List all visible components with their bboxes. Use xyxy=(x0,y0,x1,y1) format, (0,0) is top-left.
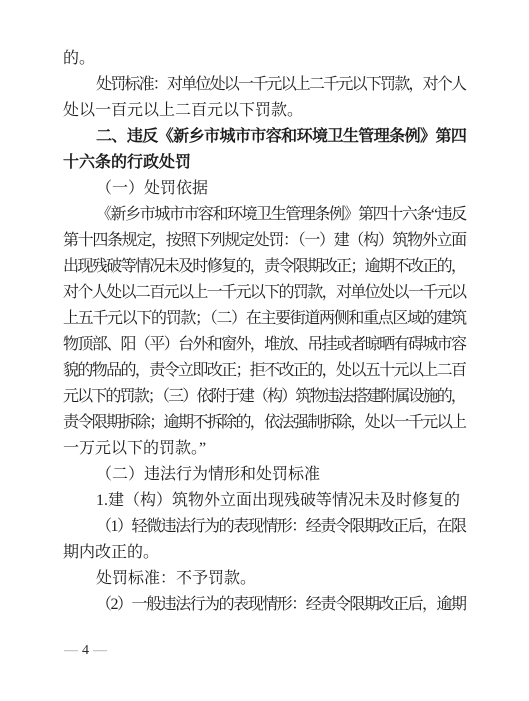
line-text: 物顶部、阳（平）台外和窗外，堆放、吊挂或者晾晒有碍城市容 xyxy=(63,336,465,353)
line-text: 元以下的罚款；（三）依附于建（构）筑物违法搭建附属设施的， xyxy=(63,388,465,405)
line-text: （2）一般违法行为的表现情形：经责令限期改正后，逾期 xyxy=(96,596,466,613)
body-text-line: 貌的物品的，责令立即改正；拒不改正的，处以五十元以上二百 xyxy=(63,358,467,384)
body-text-line: 元以下的罚款；（三）依附于建（构）筑物违法搭建附属设施的， xyxy=(63,384,467,410)
line-text: （二）违法行为情形和处罚标准 xyxy=(96,466,320,483)
line-text: 期内改正的。 xyxy=(63,544,159,561)
line-text: 上五千元以下的罚款；（二）在主要街道两侧和重点区域的建筑 xyxy=(63,310,466,327)
line-text: 二、违反《新乡市城市市容和环境卫生管理条例》第四 xyxy=(96,128,466,145)
line-text: （一）处罚依据 xyxy=(96,180,208,197)
body-text-line: 一万元以下的罚款。” xyxy=(63,436,467,462)
body-text-line: 期内改正的。 xyxy=(63,540,467,566)
document-body: 的。处罚标准：对单位处以一千元以上二千元以下罚款，对个人处以一百元以上二百元以下… xyxy=(63,46,467,618)
body-text-line: 对个人处以二百元以上一千元以下的罚款，对单位处以一千元以 xyxy=(63,280,467,306)
line-text: 1.建（构）筑物外立面出现残破等情况未及时修复的 xyxy=(96,492,460,509)
body-text-line: 责令限期拆除；逾期不拆除的，依法强制拆除，处以一千元以上 xyxy=(63,410,467,436)
body-text-line: 处罚标准：不予罚款。 xyxy=(63,566,467,592)
page-number: 4 xyxy=(80,643,91,659)
line-text: 处罚标准：对单位处以一千元以上二千元以下罚款，对个人 xyxy=(96,76,465,93)
body-text-line: 1.建（构）筑物外立面出现残破等情况未及时修复的 xyxy=(63,488,467,514)
line-text: 处罚标准：不予罚款。 xyxy=(96,570,256,587)
line-text: 处以一百元以上二百元以下罚款。 xyxy=(63,102,303,119)
body-text-line: 上五千元以下的罚款；（二）在主要街道两侧和重点区域的建筑 xyxy=(63,306,467,332)
page-footer: — 4 — xyxy=(64,643,107,659)
document-page: 的。处罚标准：对单位处以一千元以上二千元以下罚款，对个人处以一百元以上二百元以下… xyxy=(0,0,529,701)
body-text-line: 的。 xyxy=(63,46,467,72)
line-text: 貌的物品的，责令立即改正；拒不改正的，处以五十元以上二百 xyxy=(63,362,465,379)
body-text-line: 出现残破等情况未及时修复的，责令限期改正；逾期不改正的， xyxy=(63,254,467,280)
body-text-line: （1）轻微违法行为的表现情形：经责令限期改正后，在限 xyxy=(63,514,467,540)
body-text-line: 处以一百元以上二百元以下罚款。 xyxy=(63,98,467,124)
line-text: （1）轻微违法行为的表现情形：经责令限期改正后，在限 xyxy=(96,518,466,535)
body-text-line: 处罚标准：对单位处以一千元以上二千元以下罚款，对个人 xyxy=(63,72,467,98)
line-text: 对个人处以二百元以上一千元以下的罚款，对单位处以一千元以 xyxy=(63,284,465,301)
body-text-line: 第十四条规定，按照下列规定处罚：（一）建（构）筑物外立面 xyxy=(63,228,467,254)
line-text: 出现残破等情况未及时修复的，责令限期改正；逾期不改正的， xyxy=(63,258,465,275)
page-number-dash-right: — xyxy=(93,643,107,659)
body-text-line: （二）违法行为情形和处罚标准 xyxy=(63,462,467,488)
line-text: 十六条的行政处罚 xyxy=(63,154,191,171)
body-text-line: 《新乡市城市市容和环境卫生管理条例》第四十六条“违反 xyxy=(63,202,467,228)
line-text: 《新乡市城市市容和环境卫生管理条例》第四十六条“违反 xyxy=(96,206,466,223)
heading-line: 二、违反《新乡市城市市容和环境卫生管理条例》第四 xyxy=(63,124,467,150)
body-text-line: （2）一般违法行为的表现情形：经责令限期改正后，逾期 xyxy=(63,592,467,618)
line-text: 责令限期拆除；逾期不拆除的，依法强制拆除，处以一千元以上 xyxy=(63,414,465,431)
body-text-line: （一）处罚依据 xyxy=(63,176,467,202)
heading-line: 十六条的行政处罚 xyxy=(63,150,467,176)
body-text-line: 物顶部、阳（平）台外和窗外，堆放、吊挂或者晾晒有碍城市容 xyxy=(63,332,467,358)
page-number-dash-left: — xyxy=(64,643,78,659)
line-text: 的。 xyxy=(63,50,95,67)
line-text: 一万元以下的罚款。” xyxy=(63,440,206,457)
line-text: 第十四条规定，按照下列规定处罚：（一）建（构）筑物外立面 xyxy=(63,232,466,249)
